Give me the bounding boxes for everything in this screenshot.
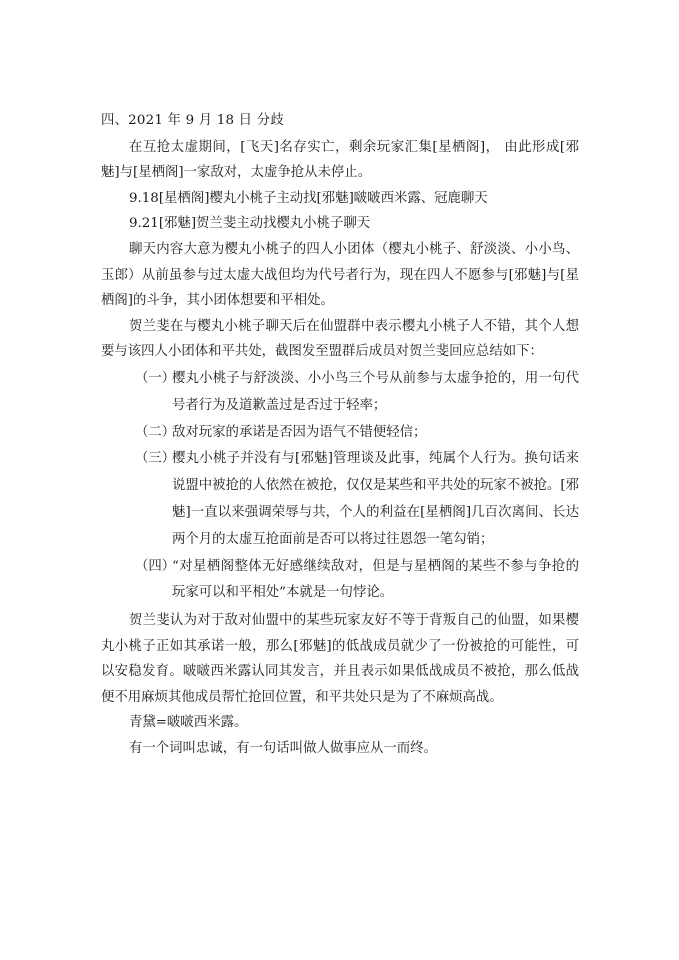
list-item: （三） 樱丸小桃子并没有与[邪魅]管理谈及此事，纯属个人行为。换句话来说盟中被抢…: [101, 446, 579, 553]
paragraph-alias-note: 青黛=啵啵西米露。: [101, 710, 579, 736]
section-heading: 四、2021 年 9 月 18 日 分歧: [101, 108, 579, 134]
paragraph-helanfei-view: 贺兰斐认为对于敌对仙盟中的某些玩家友好不等于背叛自己的仙盟，如果樱丸小桃子正如其…: [101, 608, 579, 710]
list-item-text: 樱丸小桃子与舒淡淡、小小鸟三个号从前参与太虚争抢的，用一句代号者行为及道歉盖过是…: [172, 371, 579, 413]
paragraph-chat-summary: 聊天内容大意为樱丸小桃子的四人小团体（樱丸小桃子、舒淡淡、小小鸟、玉郎）从前虽参…: [101, 237, 579, 314]
list-item: （一） 樱丸小桃子与舒淡淡、小小鸟三个号从前参与太虚争抢的，用一句代号者行为及道…: [101, 366, 579, 420]
list-item: （二） 敌对玩家的承诺是否因为语气不错便轻信；: [101, 420, 579, 447]
list-item-text: 敌对玩家的承诺是否因为语气不错便轻信；: [172, 425, 426, 440]
list-item: （四） “对星栖阁整体无好感继续敌对，但是与星栖阁的某些不参与争抢的玩家可以和平…: [101, 554, 579, 608]
list-item-label: （一）: [135, 366, 175, 393]
paragraph-event-921: 9.21[邪魅]贺兰斐主动找樱丸小桃子聊天: [101, 211, 579, 237]
list-item-text: “对星栖阁整体无好感继续敌对，但是与星栖阁的某些不参与争抢的玩家可以和平相处”本…: [172, 559, 579, 601]
list-item-label: （四）: [135, 554, 175, 581]
list-item-label: （三）: [135, 446, 175, 473]
paragraph-background: 在互抢太虚期间，[飞天]名存实亡，剩余玩家汇集[星栖阁]， 由此形成[邪魅]与[…: [101, 135, 579, 186]
document-page: 四、2021 年 9 月 18 日 分歧 在互抢太虚期间，[飞天]名存实亡，剩余…: [101, 108, 579, 762]
response-list: （一） 樱丸小桃子与舒淡淡、小小鸟三个号从前参与太虚争抢的，用一句代号者行为及道…: [101, 366, 579, 607]
paragraph-response-intro: 贺兰斐在与樱丸小桃子聊天后在仙盟群中表示樱丸小桃子人不错，其个人想要与该四人小团…: [101, 314, 579, 365]
paragraph-closing: 有一个词叫忠诚，有一句话叫做人做事应从一而终。: [101, 736, 579, 762]
list-item-label: （二）: [135, 420, 175, 447]
list-item-text: 樱丸小桃子并没有与[邪魅]管理谈及此事，纯属个人行为。换句话来说盟中被抢的人依然…: [172, 451, 579, 546]
paragraph-event-918: 9.18[星栖阁]樱丸小桃子主动找[邪魅]啵啵西米露、冠鹿聊天: [101, 186, 579, 212]
